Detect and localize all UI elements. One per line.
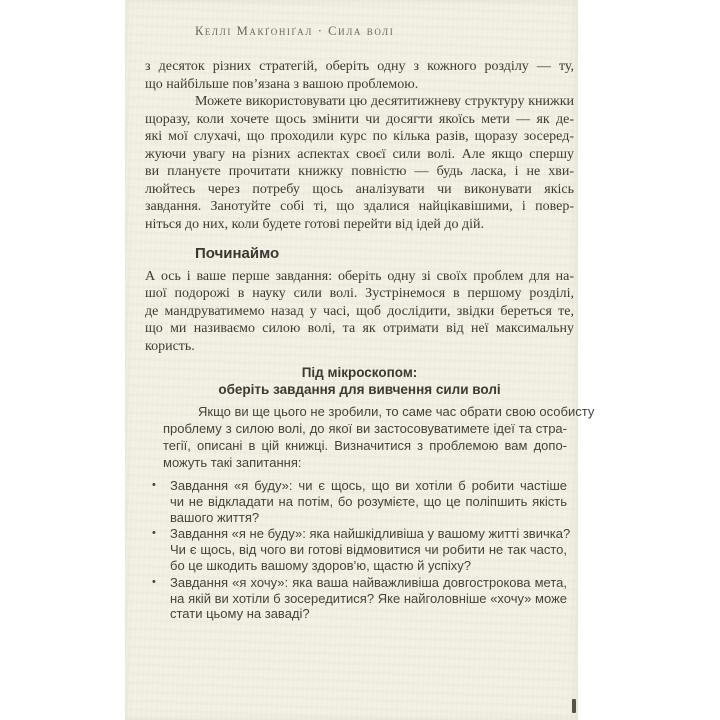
list-item-i-will: • Завдання «я буду»: чи є щось, що ви хо…: [148, 478, 567, 525]
paragraph-first-task: А ось і ваше перше завдання: оберіть одн…: [145, 268, 574, 356]
list-item-i-wont: • Завдання «я не буду»: яка найшкідливіш…: [148, 526, 567, 573]
body-text-block: з десяток різних стратегій, оберіть одну…: [145, 58, 574, 355]
book-page: Келлі Макґоніґал · Сила волі з десяток р…: [125, 0, 578, 720]
list-item-text: Завдання «я не буду»: яка найшкідливіша …: [170, 526, 567, 573]
microscope-heading: Під мікроскопом: оберіть завдання для ви…: [145, 364, 574, 398]
list-item-text: Завдання «я буду»: чи є щось, що ви хоті…: [170, 478, 567, 525]
list-item-text: Завдання «я хочу»: яка ваша найважливіша…: [170, 575, 567, 622]
bullet-icon: •: [148, 478, 170, 494]
running-header: Келлі Макґоніґал · Сила волі: [195, 24, 574, 39]
page-edge-ink-mark: [572, 699, 576, 713]
microscope-heading-line1: Під мікроскопом:: [145, 364, 574, 381]
microscope-intro-paragraph: Якщо ви ще цього не зробили, то саме час…: [163, 403, 567, 471]
scanned-book-photo: Келлі Макґоніґал · Сила волі з десяток р…: [0, 0, 720, 720]
microscope-heading-line2: оберіть завдання для вивчення сили волі: [145, 381, 574, 398]
bullet-icon: •: [148, 575, 170, 591]
list-item-i-want: • Завдання «я хочу»: яка ваша найважливі…: [148, 575, 567, 622]
microscope-exercise-box: Під мікроскопом: оберіть завдання для ви…: [145, 364, 574, 622]
bullet-icon: •: [148, 526, 170, 542]
page-content: Келлі Макґоніґал · Сила волі з десяток р…: [125, 24, 578, 622]
paragraph-continuation: з десяток різних стратегій, оберіть одну…: [145, 58, 574, 93]
section-heading-pochynaimo: Починаймо: [195, 245, 574, 263]
paragraph-structure-reuse: Можете використовувати цю десятитижневу …: [145, 93, 574, 233]
questions-bullet-list: • Завдання «я буду»: чи є щось, що ви хо…: [148, 478, 567, 622]
